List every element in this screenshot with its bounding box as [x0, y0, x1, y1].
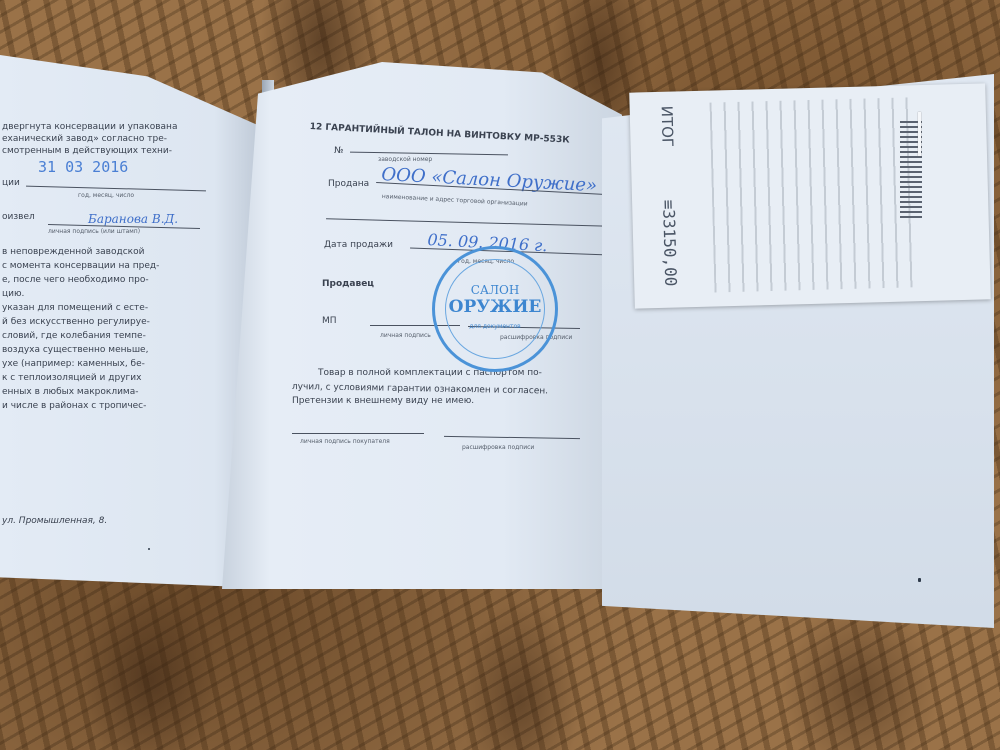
number-line — [350, 152, 508, 156]
sale-date-label: Дата продажи — [324, 240, 393, 250]
page-mark — [148, 548, 150, 550]
buyer-decode-caption: расшифровка подписи — [462, 444, 534, 451]
signature-caption: личная подпись — [380, 332, 431, 339]
stamp-line-3: для документов — [435, 323, 555, 330]
receipt-faded-lines — [710, 97, 915, 292]
statement-line: лучил, с условиями гарантии ознакомлен и… — [292, 382, 548, 396]
shop-stamp: САЛОН ОРУЖИЕ для документов — [432, 246, 558, 372]
seller-label: Продана — [328, 179, 369, 189]
number-label: № — [334, 146, 343, 156]
cash-receipt: ИТОГ ≡33150,00 — [629, 83, 991, 308]
number-caption: заводской номер — [378, 156, 432, 163]
salesperson-label: Продавец — [322, 279, 374, 289]
stamp-line-1: САЛОН — [435, 283, 555, 297]
buyer-decode-line — [444, 436, 580, 439]
receipt-total-value: ≡33150,00 — [659, 199, 680, 286]
page-mark — [918, 578, 921, 582]
seller-caption: наименование и адрес торговой организаци… — [382, 193, 528, 208]
buyer-signature-line — [292, 433, 424, 434]
stamp-line-2: ОРУЖИЕ — [435, 297, 555, 317]
mp-label: МП — [322, 316, 337, 326]
receipt-total-label: ИТОГ — [658, 105, 677, 147]
staple — [918, 112, 921, 156]
buyer-signature-caption: личная подпись покупателя — [300, 438, 390, 445]
warranty-title: 12 ГАРАНТИЙНЫЙ ТАЛОН НА ВИНТОВКУ МР-553К — [309, 122, 569, 146]
seller-line-2 — [326, 218, 610, 226]
statement-line: Претензии к внешнему виду не имею. — [292, 396, 474, 406]
